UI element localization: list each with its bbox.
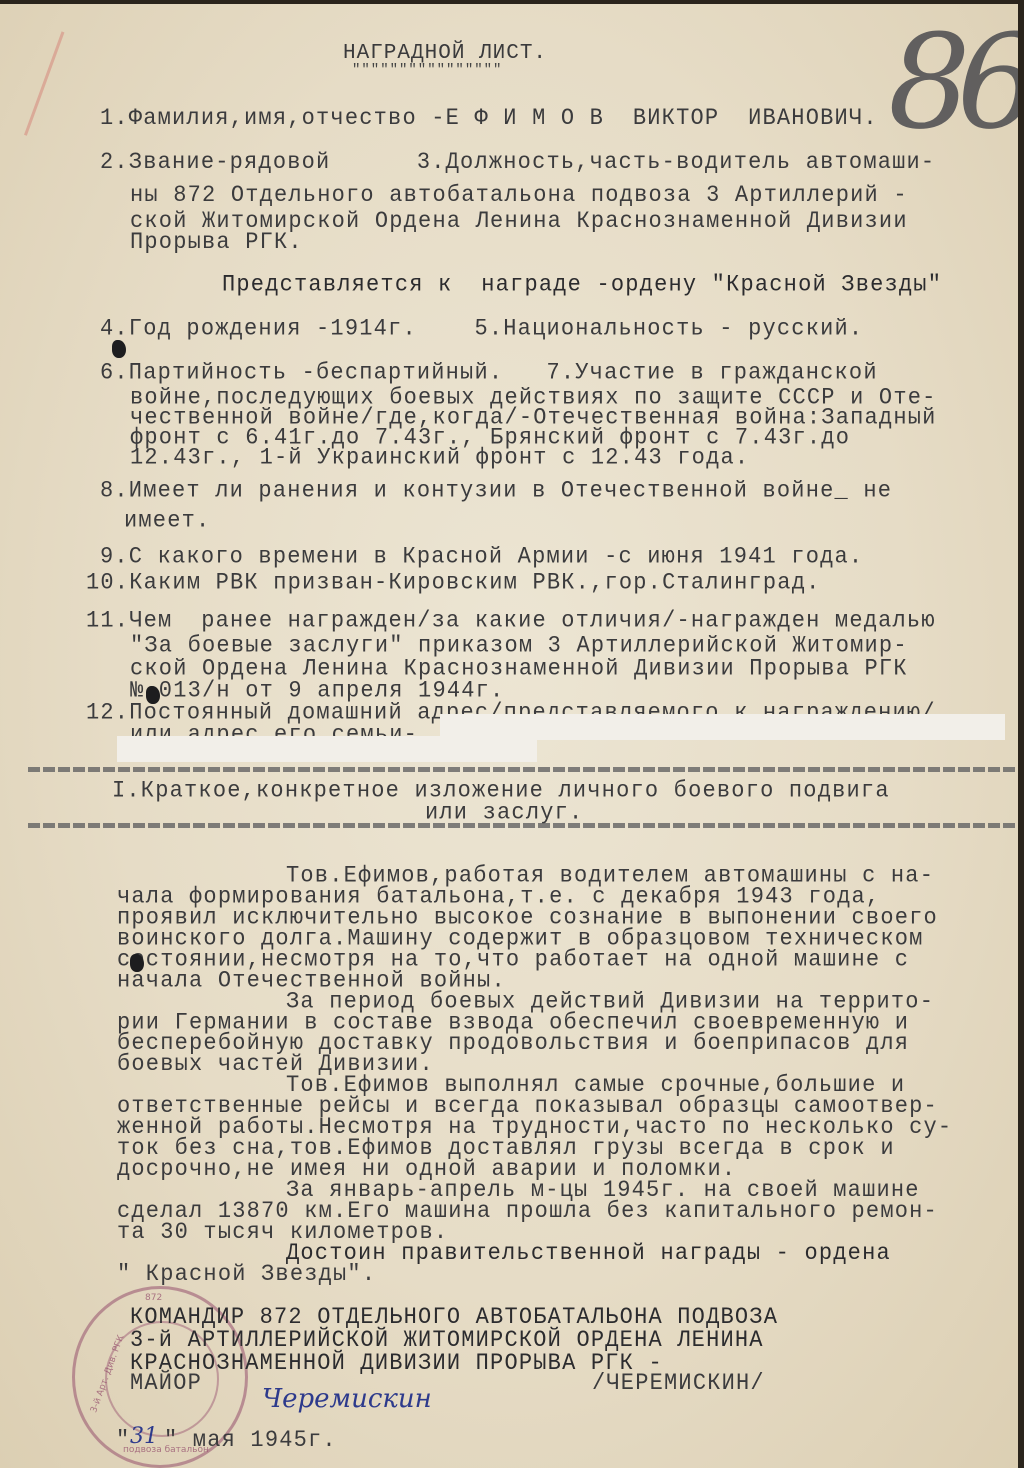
narrative-line: " Красной Звезды". [117, 1263, 376, 1286]
field-4-5-birth-nationality: 4.Год рождения -1914г. 5.Национальность … [100, 317, 863, 340]
date-month-year: " мая 1945г. [164, 1429, 337, 1452]
field-3-line2: ны 872 Отдельного автобатальона подвоза … [130, 184, 908, 207]
signature-block-line1: КОМАНДИР 872 ОТДЕЛЬНОГО АВТОБАТАЛЬОНА ПО… [130, 1306, 778, 1329]
field-11-line2: "За боевые заслуги" приказом 3 Артиллери… [130, 634, 908, 657]
redacted-address [117, 736, 537, 762]
handwritten-signature: Черемискин [262, 1384, 432, 1414]
field-10-draft-office: 10.Каким РВК призван-Кировским РВК.,гор.… [86, 571, 821, 594]
award-nomination: Представляется к награде -ордену "Красно… [222, 273, 942, 296]
award-sheet-page: 86 НАГРАДНОЙ ЛИСТ. """""""""""""""" 1.Фа… [0, 4, 1018, 1468]
date-open-quote: " [116, 1429, 130, 1452]
title-underline: """""""""""""""" [352, 62, 502, 78]
field-7-line5: 12.43г., 1-й Украинский фронт с 12.43 го… [130, 446, 749, 469]
narrative-line: Достоин правительственной награды - орде… [286, 1242, 891, 1265]
divider-line [28, 767, 1018, 772]
date-day-handwritten: 31 [130, 1424, 158, 1449]
field-8-line2: имеет. [124, 509, 210, 532]
field-8-line1: 8.Имеет ли ранения и контузии в Отечеств… [100, 479, 892, 502]
punch-hole [112, 340, 126, 358]
field-1-name: 1.Фамилия,имя,отчество -Е Ф И М О В ВИКТ… [100, 107, 878, 130]
divider-line [28, 823, 1018, 828]
field-6-7-line1: 6.Партийность -беспартийный. 7.Участие в… [100, 361, 878, 384]
signature-block-line2: 3-й АРТИЛЛЕРИЙСКОЙ ЖИТОМИРСКОЙ ОРДЕНА ЛЕ… [130, 1329, 764, 1352]
red-pencil-mark [24, 31, 149, 166]
field-9-army-since: 9.С какого времени в Красной Армии -с ию… [100, 545, 863, 568]
signer-rank: МАЙОР [130, 1372, 202, 1395]
field-11-line1: 11.Чем ранее награжден/за какие отличия/… [86, 609, 936, 632]
signature-block-line3: КРАСНОЗНАМЕННОЙ ДИВИЗИИ ПРОРЫВА РГК - [130, 1352, 663, 1375]
field-2-3-rank-position: 2.Звание-рядовой 3.Должность,часть-водит… [100, 151, 935, 174]
handwritten-number: 86 [888, 12, 1018, 152]
stamp-top-text: 872 [145, 1293, 162, 1303]
field-3-line4: Прорыва РГК. [130, 231, 303, 254]
signer-name: /ЧЕРЕМИСКИН/ [592, 1372, 765, 1395]
section-heading-line2: или заслуг. [425, 801, 583, 824]
